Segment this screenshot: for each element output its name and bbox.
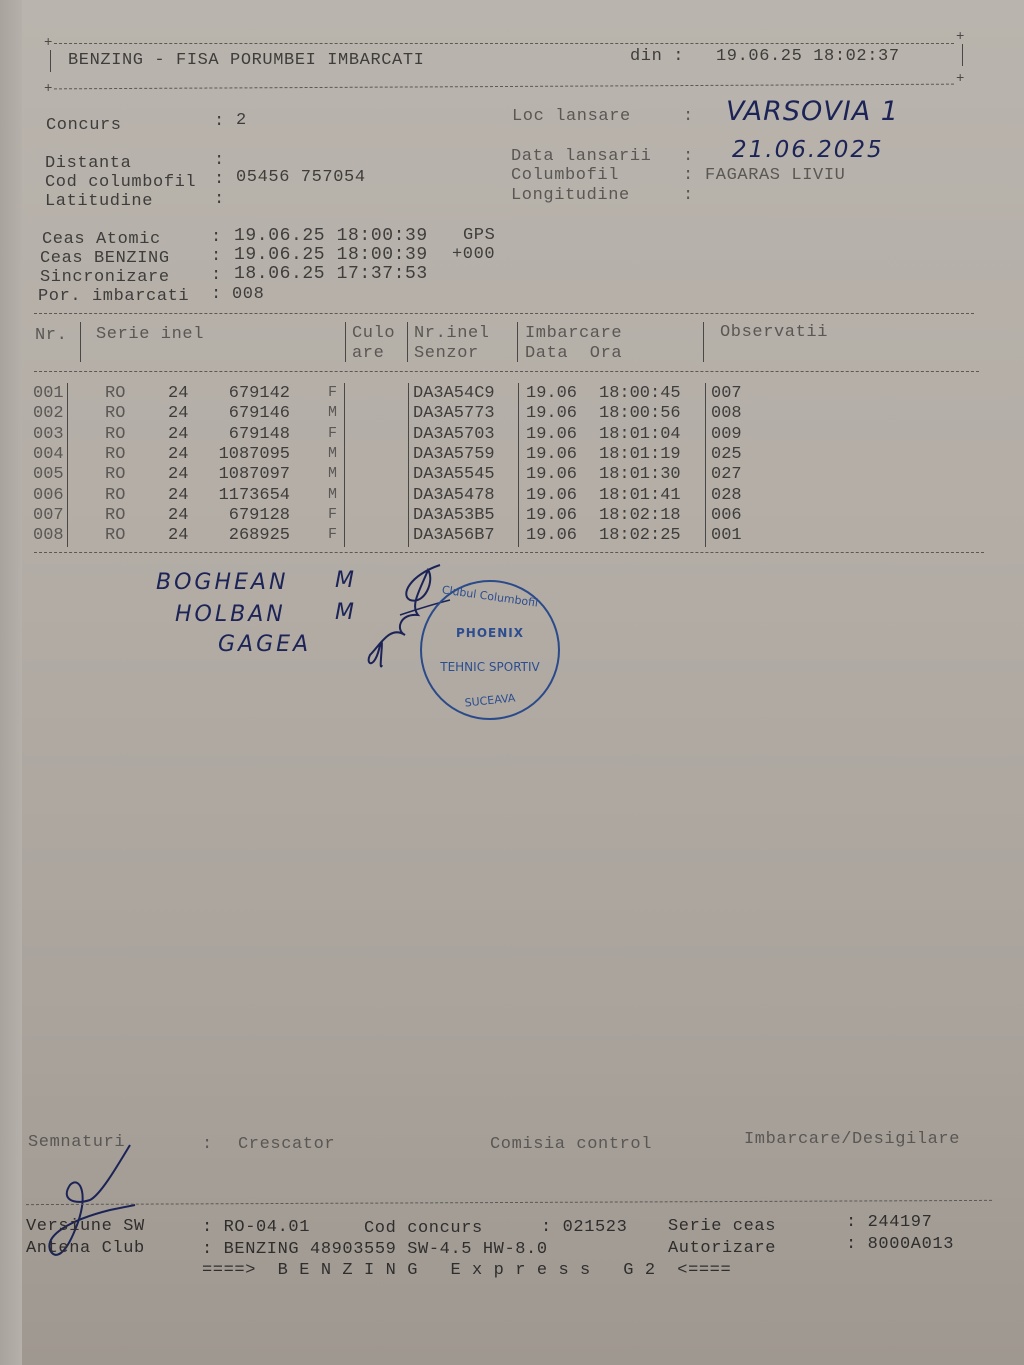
cod-columbofil-label: Cod columbofil xyxy=(45,173,196,192)
columbofil-value: FAGARAS LIVIU xyxy=(705,166,845,185)
autorizare-value: : 8000A013 xyxy=(846,1235,954,1254)
ceas-benzing-sep: : xyxy=(211,247,222,266)
cell-senzor: DA3A53B5 xyxy=(413,506,495,525)
crescator-signature xyxy=(20,1140,140,1280)
por-imbarcati-label: Por. imbarcati xyxy=(38,287,189,306)
table-row: 008RO24268925FDA3A56B719.0618:02:25001 xyxy=(0,526,1024,546)
table-row: 006RO241173654MDA3A547819.0618:01:41028 xyxy=(0,486,1024,506)
divider xyxy=(26,1200,992,1205)
cell-nr: 004 xyxy=(33,445,64,464)
cell-observatii: 008 xyxy=(711,404,742,423)
cell-inel: 679142 xyxy=(229,384,290,403)
benzing-express-banner: ====> B E N Z I N G E x p r e s s G 2 <=… xyxy=(202,1261,731,1280)
ceas-atomic-value: 19.06.25 18:00:39 xyxy=(234,226,428,246)
cell-observatii: 007 xyxy=(711,384,742,403)
divider xyxy=(34,371,979,372)
table-row: 004RO241087095MDA3A575919.0618:01:19025 xyxy=(0,445,1024,465)
divider xyxy=(962,44,963,66)
cell-inel: 268925 xyxy=(229,526,290,545)
cell-an: 24 xyxy=(168,526,188,545)
loc-lansare-sep: : xyxy=(683,107,694,126)
cell-nr: 007 xyxy=(33,506,64,525)
table-row: 002RO24679146MDA3A577319.0618:00:56008 xyxy=(0,404,1024,424)
ceas-benzing-extra: +000 xyxy=(452,245,495,264)
divider xyxy=(517,322,518,362)
ceas-atomic-sep: : xyxy=(211,228,222,247)
cell-data: 19.06 xyxy=(526,465,577,484)
concurs-sep: : xyxy=(214,112,225,131)
sincronizare-value: 18.06.25 17:37:53 xyxy=(234,264,428,284)
cell-nr: 002 xyxy=(33,404,64,423)
distanta-label: Distanta xyxy=(45,154,131,173)
cod-columbofil-sep: : xyxy=(214,170,225,189)
cell-senzor: DA3A5545 xyxy=(413,465,495,484)
cell-data: 19.06 xyxy=(526,506,577,525)
cell-observatii: 001 xyxy=(711,526,742,545)
club-stamp: Clubul Columbofil PHOENIX TEHNIC SPORTIV… xyxy=(420,580,560,720)
longitudine-label: Longitudine xyxy=(511,186,630,205)
columbofil-label: Columbofil xyxy=(511,166,619,185)
latitudine-label: Latitudine xyxy=(45,192,153,211)
cell-sex: M xyxy=(328,404,337,421)
loc-lansare-label: Loc lansare xyxy=(512,107,631,126)
crescator-label: Crescator xyxy=(238,1135,335,1154)
col-data-ora: Data Ora xyxy=(525,344,622,363)
col-culoare: Culo xyxy=(352,324,395,343)
autorizare-label: Autorizare xyxy=(668,1239,776,1258)
col-culoare-2: are xyxy=(352,344,384,363)
concurs-label: Concurs xyxy=(46,116,122,135)
cell-observatii: 028 xyxy=(711,486,742,505)
cell-nr: 001 xyxy=(33,384,64,403)
corner-mark: + xyxy=(44,84,52,94)
data-lansarii-handwritten: 21.06.2025 xyxy=(732,137,884,163)
cell-sex: M xyxy=(328,445,337,462)
versiune-sw-value: : RO-04.01 xyxy=(202,1218,310,1237)
versiune-sw-label: Versiune SW xyxy=(26,1217,145,1236)
cell-inel: 1173654 xyxy=(219,486,290,505)
cell-data: 19.06 xyxy=(526,445,577,464)
stamp-bottom-text: SUCEAVA xyxy=(422,687,559,714)
cell-tara: RO xyxy=(105,425,125,444)
corner-mark: + xyxy=(956,74,964,84)
ceas-atomic-extra: GPS xyxy=(463,226,495,245)
cod-concurs-value: : 021523 xyxy=(541,1218,627,1237)
corner-mark: + xyxy=(956,32,964,42)
note-name: GAGEA xyxy=(218,632,311,657)
latitudine-sep: : xyxy=(214,190,225,209)
col-nr-inel: Nr.inel xyxy=(414,324,490,343)
columbofil-sep: : xyxy=(683,166,694,185)
cell-senzor: DA3A5703 xyxy=(413,425,495,444)
cell-ora: 18:01:19 xyxy=(599,445,681,464)
cell-nr: 003 xyxy=(33,425,64,444)
cell-inel: 679128 xyxy=(229,506,290,525)
divider xyxy=(407,322,408,362)
col-imbarcare: Imbarcare xyxy=(525,324,622,343)
cell-an: 24 xyxy=(168,404,188,423)
serie-ceas-value: : 244197 xyxy=(846,1213,932,1232)
cell-ora: 18:02:18 xyxy=(599,506,681,525)
cell-an: 24 xyxy=(168,384,188,403)
cell-tara: RO xyxy=(105,445,125,464)
data-lansarii-sep: : xyxy=(683,147,694,166)
cell-senzor: DA3A5478 xyxy=(413,486,495,505)
divider xyxy=(80,322,81,362)
table-row: 001RO24679142FDA3A54C919.0618:00:45007 xyxy=(0,384,1024,404)
antena-club-value: : BENZING 48903559 SW-4.5 HW-8.0 xyxy=(202,1240,548,1259)
ceas-benzing-label: Ceas BENZING xyxy=(40,249,170,268)
semnaturi-sep: : xyxy=(202,1135,213,1154)
cell-data: 19.06 xyxy=(526,384,577,403)
cell-nr: 008 xyxy=(33,526,64,545)
cell-data: 19.06 xyxy=(526,425,577,444)
por-imbarcati-value: 008 xyxy=(232,285,264,304)
cell-inel: 1087095 xyxy=(219,445,290,464)
cell-an: 24 xyxy=(168,506,188,525)
cell-tara: RO xyxy=(105,506,125,525)
cell-data: 19.06 xyxy=(526,486,577,505)
cell-sex: F xyxy=(328,425,337,442)
loc-lansare-handwritten: VARSOVIA 1 xyxy=(726,96,899,127)
cell-sex: F xyxy=(328,384,337,401)
cell-sex: M xyxy=(328,465,337,482)
note-name: BOGHEAN xyxy=(156,570,288,595)
concurs-value: 2 xyxy=(236,111,247,130)
cell-tara: RO xyxy=(105,404,125,423)
stamp-line2: TEHNIC SPORTIV xyxy=(422,660,558,674)
distanta-sep: : xyxy=(214,151,225,170)
cell-nr: 005 xyxy=(33,465,64,484)
cell-inel: 679148 xyxy=(229,425,290,444)
cell-data: 19.06 xyxy=(526,404,577,423)
cod-concurs-label: Cod concurs xyxy=(364,1219,483,1238)
sincronizare-sep: : xyxy=(211,266,222,285)
cell-senzor: DA3A54C9 xyxy=(413,384,495,403)
divider xyxy=(345,322,346,362)
cell-sex: F xyxy=(328,526,337,543)
cell-tara: RO xyxy=(105,526,125,545)
cod-columbofil-value: 05456 757054 xyxy=(236,168,366,187)
cell-an: 24 xyxy=(168,465,188,484)
cell-senzor: DA3A5773 xyxy=(413,404,495,423)
col-nr: Nr. xyxy=(35,326,67,345)
comisia-control-label: Comisia control xyxy=(490,1135,652,1154)
note-name: HOLBAN xyxy=(175,602,286,627)
divider xyxy=(54,43,954,44)
cell-inel: 679146 xyxy=(229,404,290,423)
cell-observatii: 009 xyxy=(711,425,742,444)
cell-senzor: DA3A5759 xyxy=(413,445,495,464)
cell-an: 24 xyxy=(168,486,188,505)
serie-ceas-label: Serie ceas xyxy=(668,1217,776,1236)
cell-tara: RO xyxy=(105,465,125,484)
document-title: BENZING - FISA PORUMBEI IMBARCATI xyxy=(68,51,424,70)
paper-edge xyxy=(0,0,22,1365)
col-senzor: Senzor xyxy=(414,344,479,363)
cell-data: 19.06 xyxy=(526,526,577,545)
ceas-benzing-value: 19.06.25 18:00:39 xyxy=(234,245,428,265)
corner-mark: + xyxy=(44,38,52,48)
cell-ora: 18:02:25 xyxy=(599,526,681,545)
divider xyxy=(50,50,51,72)
divider xyxy=(54,84,954,90)
cell-an: 24 xyxy=(168,425,188,444)
divider xyxy=(703,322,704,362)
ceas-atomic-label: Ceas Atomic xyxy=(42,230,161,249)
cell-sex: F xyxy=(328,506,337,523)
cell-observatii: 006 xyxy=(711,506,742,525)
din-timestamp: 19.06.25 18:02:37 xyxy=(716,47,900,66)
cell-ora: 18:00:45 xyxy=(599,384,681,403)
cell-sex: M xyxy=(328,486,337,503)
col-observatii: Observatii xyxy=(720,323,828,342)
divider xyxy=(34,313,974,314)
cell-observatii: 027 xyxy=(711,465,742,484)
longitudine-sep: : xyxy=(683,186,694,205)
table-bottom-divider xyxy=(34,552,984,553)
stamp-line1: PHOENIX xyxy=(422,626,558,640)
table-row: 005RO241087097MDA3A554519.0618:01:30027 xyxy=(0,465,1024,485)
cell-inel: 1087097 xyxy=(219,465,290,484)
col-serie-inel: Serie inel xyxy=(96,325,204,344)
cell-tara: RO xyxy=(105,486,125,505)
cell-tara: RO xyxy=(105,384,125,403)
cell-nr: 006 xyxy=(33,486,64,505)
cell-observatii: 025 xyxy=(711,445,742,464)
cell-ora: 18:01:41 xyxy=(599,486,681,505)
imbarcare-desigilare-label: Imbarcare/Desigilare xyxy=(744,1130,960,1149)
data-lansarii-label: Data lansarii xyxy=(511,147,651,166)
cell-an: 24 xyxy=(168,445,188,464)
cell-senzor: DA3A56B7 xyxy=(413,526,495,545)
antena-club-label: Antena Club xyxy=(26,1239,145,1258)
table-row: 007RO24679128FDA3A53B519.0618:02:18006 xyxy=(0,506,1024,526)
din-label: din : xyxy=(630,47,684,66)
por-imbarcati-sep: : xyxy=(211,285,222,304)
table-row: 003RO24679148FDA3A570319.0618:01:04009 xyxy=(0,425,1024,445)
cell-ora: 18:01:30 xyxy=(599,465,681,484)
sincronizare-label: Sincronizare xyxy=(40,268,170,287)
cell-ora: 18:01:04 xyxy=(599,425,681,444)
cell-ora: 18:00:56 xyxy=(599,404,681,423)
